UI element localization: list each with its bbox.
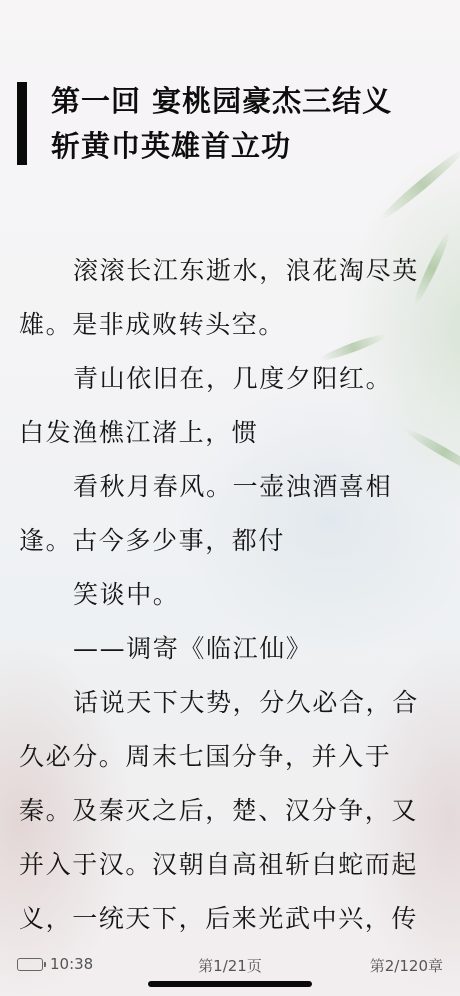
text-line: 看秋月春风。一壶浊酒喜相 bbox=[19, 460, 439, 514]
text-line: 义，一统天下，后来光武中兴，传 bbox=[19, 892, 439, 946]
text-line: ——调寄《临江仙》 bbox=[19, 622, 439, 676]
chapter-title-line-2: 斩黄巾英雄首立功 bbox=[51, 127, 392, 165]
home-indicator[interactable] bbox=[148, 981, 312, 987]
text-line: 滚滚长江东逝水，浪花淘尽英 bbox=[19, 244, 439, 298]
text-line: 逢。古今多少事，都付 bbox=[19, 514, 439, 568]
reading-content[interactable]: 滚滚长江东逝水，浪花淘尽英 雄。是非成败转头空。 青山依旧在，几度夕阳红。 白发… bbox=[19, 244, 439, 946]
text-line: 并入于汉。汉朝自高祖斩白蛇而起 bbox=[19, 838, 439, 892]
title-accent-bar bbox=[17, 82, 27, 165]
chapter-progress: 第2/120章 bbox=[370, 955, 443, 976]
reader-status-footer: 10:38 第1/21页 第2/120章 bbox=[0, 950, 460, 980]
text-line: 白发渔樵江渚上，惯 bbox=[19, 406, 439, 460]
text-line: 笑谈中。 bbox=[19, 568, 439, 622]
text-line: 久必分。周末七国分争，并入于 bbox=[19, 730, 439, 784]
text-line: 青山依旧在，几度夕阳红。 bbox=[19, 352, 439, 406]
chapter-title-block: 第一回 宴桃园豪杰三结义 斩黄巾英雄首立功 bbox=[17, 82, 392, 165]
text-line: 雄。是非成败转头空。 bbox=[19, 298, 439, 352]
text-line: 话说天下大势，分久必合，合 bbox=[19, 676, 439, 730]
text-line: 秦。及秦灭之后，楚、汉分争，又 bbox=[19, 784, 439, 838]
chapter-title-line-1: 第一回 宴桃园豪杰三结义 bbox=[51, 82, 392, 120]
